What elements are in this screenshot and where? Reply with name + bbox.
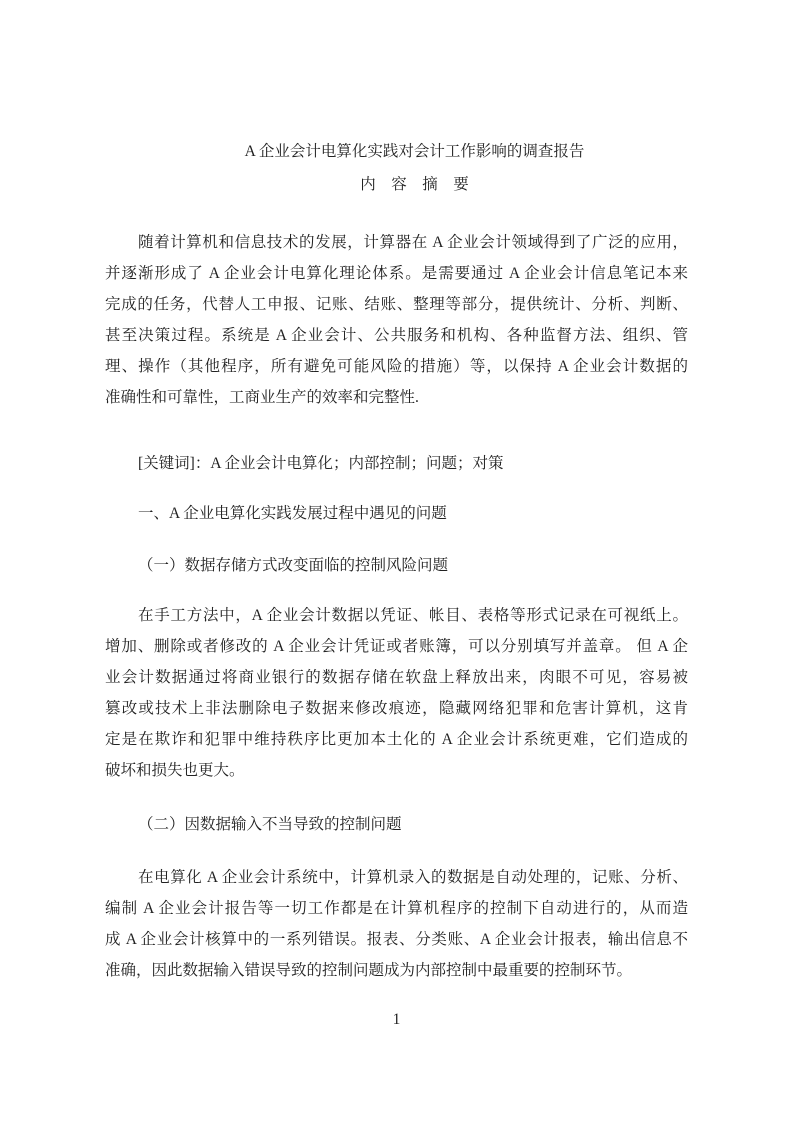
text-line: 破坏和损失也更大。 (105, 755, 688, 786)
text-line: 甚至决策过程。系统是 A 企业会计、公共服务和机构、各种监督方法、组织、管 (105, 320, 688, 351)
keywords-line: [关键词]：A 企业会计电算化；内部控制；问题；对策 (105, 448, 688, 479)
text-line: 业会计数据通过将商业银行的数据存储在软盘上释放出来，肉眼不可见，容易被 (105, 662, 688, 693)
section-1-heading: 一、A 企业电算化实践发展过程中遇见的问题 (105, 498, 688, 529)
text-line: 在手工方法中，A 企业会计数据以凭证、帐目、表格等形式记录在可视纸上。 (105, 600, 688, 631)
text-line: 理、操作（其他程序，所有避免可能风险的措施）等，以保持 A 企业会计数据的 (105, 351, 688, 382)
text-line: 篡改或技术上非法删除电子数据来修改痕迹，隐藏网络犯罪和危害计算机，这肯 (105, 693, 688, 724)
subsection-1-1-paragraph: 在手工方法中，A 企业会计数据以凭证、帐目、表格等形式记录在可视纸上。 增加、删… (105, 600, 688, 786)
text-line: 完成的任务，代替人工申报、记账、结账、整理等部分，提供统计、分析、判断、 (105, 289, 688, 320)
text-line: 随着计算机和信息技术的发展，计算器在 A 企业会计领域得到了广泛的应用， (105, 227, 688, 258)
text-line: 成 A 企业会计核算中的一系列错误。报表、分类账、A 企业会计报表，输出信息不 (105, 924, 688, 955)
document-title: A 企业会计电算化实践对会计工作影响的调查报告 (105, 135, 688, 168)
text-line: 在电算化 A 企业会计系统中，计算机录入的数据是自动处理的，记账、分析、 (105, 862, 688, 893)
subsection-1-2-paragraph: 在电算化 A 企业会计系统中，计算机录入的数据是自动处理的，记账、分析、 编制 … (105, 862, 688, 986)
text-line: 增加、删除或者修改的 A 企业会计凭证或者账簿，可以分别填写并盖章。 但 A 企 (105, 631, 688, 662)
subsection-1-1-heading: （一）数据存储方式改变面临的控制风险问题 (105, 550, 688, 581)
abstract-heading: 内 容 摘 要 (105, 168, 688, 201)
abstract-paragraph: 随着计算机和信息技术的发展，计算器在 A 企业会计领域得到了广泛的应用， 并逐渐… (105, 227, 688, 413)
text-line: 编制 A 企业会计报告等一切工作都是在计算机程序的控制下自动进行的，从而造 (105, 893, 688, 924)
page-number: 1 (105, 1004, 688, 1035)
text-line: 准确，因此数据输入错误导致的控制问题成为内部控制中最重要的控制环节。 (105, 955, 688, 986)
subsection-1-2-heading: （二）因数据输入不当导致的控制问题 (105, 809, 688, 840)
text-line: 准确性和可靠性，工商业生产的效率和完整性. (105, 382, 688, 413)
text-line: 定是在欺诈和犯罪中维持秩序比更加本土化的 A 企业会计系统更难，它们造成的 (105, 724, 688, 755)
text-line: 并逐渐形成了 A 企业会计电算化理论体系。是需要通过 A 企业会计信息笔记本来 (105, 258, 688, 289)
document-page: A 企业会计电算化实践对会计工作影响的调查报告 内 容 摘 要 随着计算机和信息… (0, 0, 793, 1122)
